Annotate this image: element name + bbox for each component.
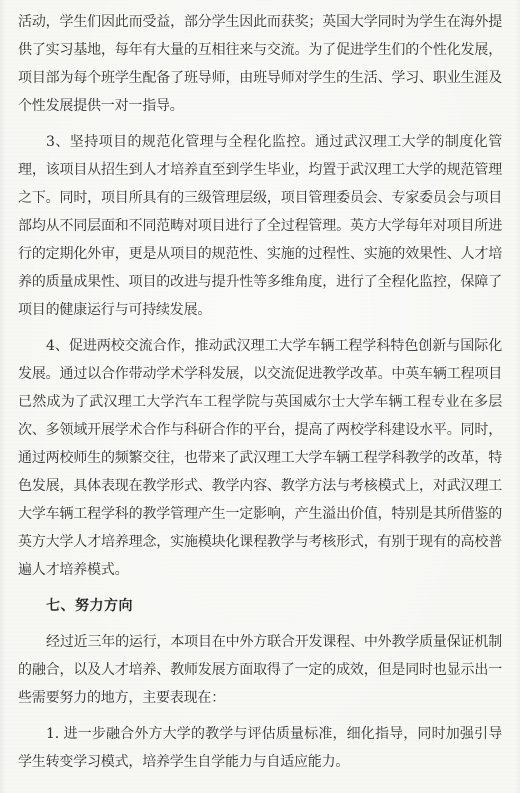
paragraph: 1. 进一步融合外方大学的教学与评估质量标准，细化指导，同时加强引导学生转变学习…: [18, 720, 502, 776]
section-heading: 七、努力方向: [18, 592, 502, 620]
paragraph: 活动，学生们因此而受益，部分学生因此而获奖；英国大学同时为学生在海外提供了实习基…: [18, 8, 502, 120]
paragraph: 经过近三年的运行，本项目在中外方联合开发课程、中外教学质量保证机制的融合，以及人…: [18, 628, 502, 712]
document-page: 活动，学生们因此而受益，部分学生因此而获奖；英国大学同时为学生在海外提供了实习基…: [0, 0, 520, 793]
paragraph: 4、促进两校交流合作，推动武汉理工大学车辆工程学科特色创新与国际化发展。通过以合…: [18, 332, 502, 584]
paragraph: 3、坚持项目的规范化管理与全程化监控。通过武汉理工大学的制度化管理，该项目从招生…: [18, 128, 502, 324]
document-body: 活动，学生们因此而受益，部分学生因此而获奖；英国大学同时为学生在海外提供了实习基…: [18, 8, 502, 776]
